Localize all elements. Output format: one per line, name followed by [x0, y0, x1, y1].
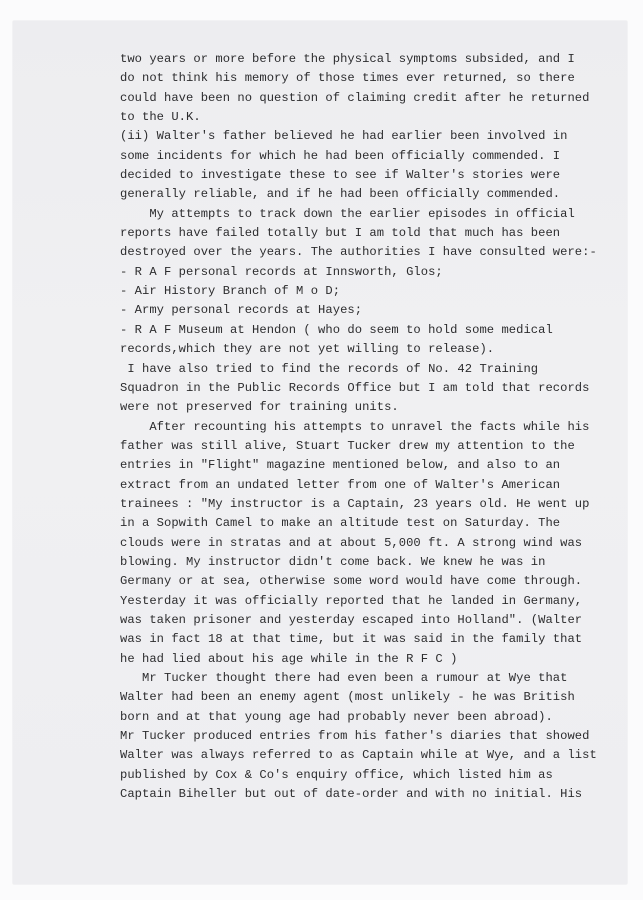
paper-page: two years or more before the physical sy…: [13, 21, 627, 884]
text-line: reports have failed totally but I am tol…: [120, 224, 620, 243]
text-line: Walter was always referred to as Captain…: [120, 746, 620, 765]
text-line: could have been no question of claiming …: [120, 89, 620, 108]
text-line: to the U.K.: [120, 108, 620, 127]
text-line: - R A F personal records at Innsworth, G…: [120, 263, 620, 282]
text-line: some incidents for which he had been off…: [120, 147, 620, 166]
text-line: I have also tried to find the records of…: [120, 360, 620, 379]
text-line: two years or more before the physical sy…: [120, 50, 620, 69]
text-line: My attempts to track down the earlier ep…: [120, 205, 620, 224]
text-line: father was still alive, Stuart Tucker dr…: [120, 437, 620, 456]
text-line: Walter had been an enemy agent (most unl…: [120, 688, 620, 707]
text-line: were not preserved for training units.: [120, 398, 620, 417]
text-line: After recounting his attempts to unravel…: [120, 418, 620, 437]
text-line: clouds were in stratas and at about 5,00…: [120, 534, 620, 553]
text-line: Captain Biheller but out of date-order a…: [120, 785, 620, 804]
text-line: Squadron in the Public Records Office bu…: [120, 379, 620, 398]
text-line: Mr Tucker thought there had even been a …: [120, 669, 620, 688]
typewritten-text: two years or more before the physical sy…: [120, 50, 620, 804]
text-line: decided to investigate these to see if W…: [120, 166, 620, 185]
text-line: in a Sopwith Camel to make an altitude t…: [120, 514, 620, 533]
text-line: (ii) Walter's father believed he had ear…: [120, 127, 620, 146]
text-line: - Air History Branch of M o D;: [120, 282, 620, 301]
text-line: blowing. My instructor didn't come back.…: [120, 553, 620, 572]
text-line: published by Cox & Co's enquiry office, …: [120, 766, 620, 785]
text-line: do not think his memory of those times e…: [120, 69, 620, 88]
text-line: he had lied about his age while in the R…: [120, 650, 620, 669]
text-line: born and at that young age had probably …: [120, 708, 620, 727]
text-line: destroyed over the years. The authoritie…: [120, 243, 620, 262]
text-line: Yesterday it was officially reported tha…: [120, 592, 620, 611]
text-line: generally reliable, and if he had been o…: [120, 185, 620, 204]
text-line: Mr Tucker produced entries from his fath…: [120, 727, 620, 746]
text-line: - Army personal records at Hayes;: [120, 301, 620, 320]
text-line: was taken prisoner and yesterday escaped…: [120, 611, 620, 630]
text-line: records,which they are not yet willing t…: [120, 340, 620, 359]
text-line: trainees : "My instructor is a Captain, …: [120, 495, 620, 514]
text-line: was in fact 18 at that time, but it was …: [120, 630, 620, 649]
text-line: Germany or at sea, otherwise some word w…: [120, 572, 620, 591]
text-line: extract from an undated letter from one …: [120, 476, 620, 495]
text-line: entries in "Flight" magazine mentioned b…: [120, 456, 620, 475]
text-line: - R A F Museum at Hendon ( who do seem t…: [120, 321, 620, 340]
